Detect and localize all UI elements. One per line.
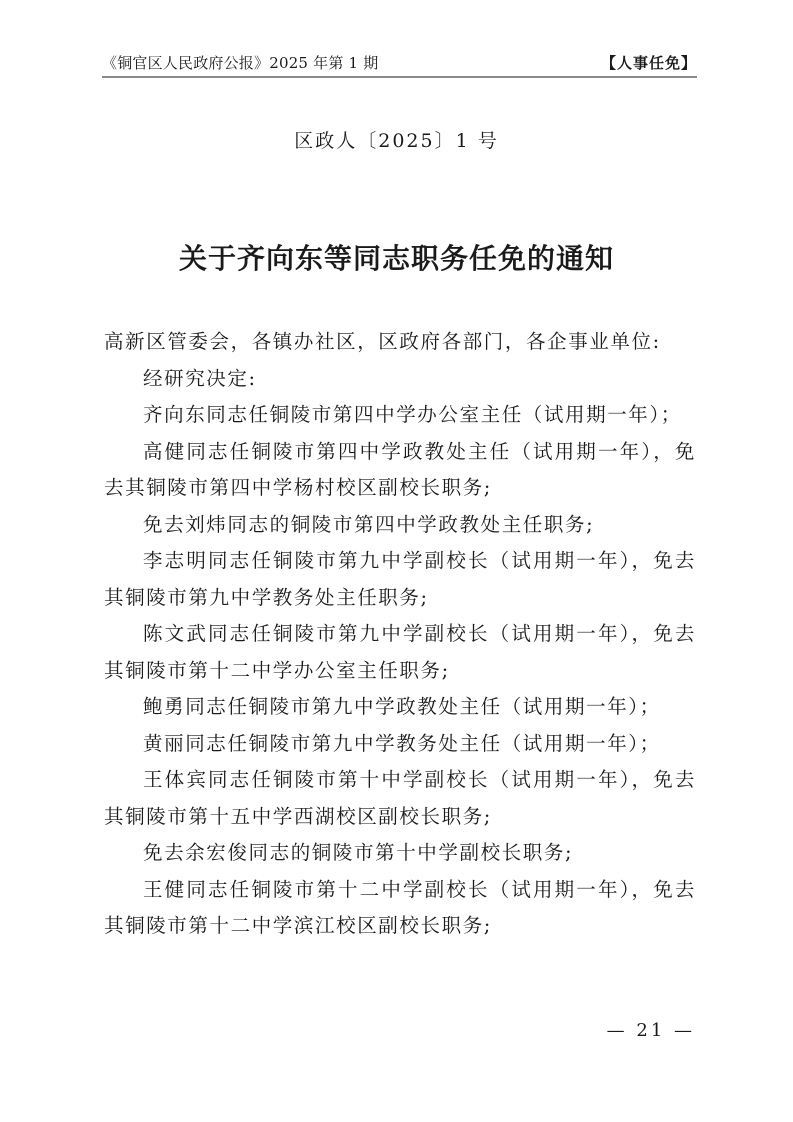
addressee: 高新区管委会，各镇办社区，区政府各部门，各企事业单位: (104, 324, 696, 361)
paragraph: 李志明同志任铜陵市第九中学副校长（试用期一年），免去其铜陵市第九中学教务处主任职… (104, 543, 696, 616)
paragraph: 免去余宏俊同志的铜陵市第十中学副校长职务; (104, 835, 696, 872)
section-label: 【人事任免】 (601, 53, 697, 73)
paragraph: 陈文武同志任铜陵市第九中学副校长（试用期一年），免去其铜陵市第十二中学办公室主任… (104, 616, 696, 689)
page-number: — 21 — (607, 1020, 695, 1041)
document-number: 区政人〔2025〕1 号 (0, 126, 793, 153)
running-header: 《铜官区人民政府公报》2025 年第 1 期 【人事任免】 (102, 52, 697, 78)
paragraph: 黄丽同志任铜陵市第九中学教务处主任（试用期一年）； (104, 726, 696, 763)
paragraph: 免去刘炜同志的铜陵市第四中学政教处主任职务; (104, 507, 696, 544)
paragraph: 王健同志任铜陵市第十二中学副校长（试用期一年），免去其铜陵市第十二中学滨江校区副… (104, 872, 696, 945)
paragraph: 鲍勇同志任铜陵市第九中学政教处主任（试用期一年）； (104, 689, 696, 726)
paragraph: 王体宾同志任铜陵市第十中学副校长（试用期一年），免去其铜陵市第十五中学西湖校区副… (104, 762, 696, 835)
publication-name: 《铜官区人民政府公报》2025 年第 1 期 (102, 53, 378, 73)
paragraph: 齐向东同志任铜陵市第四中学办公室主任（试用期一年）； (104, 397, 696, 434)
paragraph: 高健同志任铜陵市第四中学政教处主任（试用期一年），免去其铜陵市第四中学杨村校区副… (104, 434, 696, 507)
document-title: 关于齐向东等同志职务任免的通知 (0, 237, 793, 277)
paragraph: 经研究决定: (104, 361, 696, 398)
document-body: 高新区管委会，各镇办社区，区政府各部门，各企事业单位: 经研究决定: 齐向东同志… (104, 324, 696, 945)
